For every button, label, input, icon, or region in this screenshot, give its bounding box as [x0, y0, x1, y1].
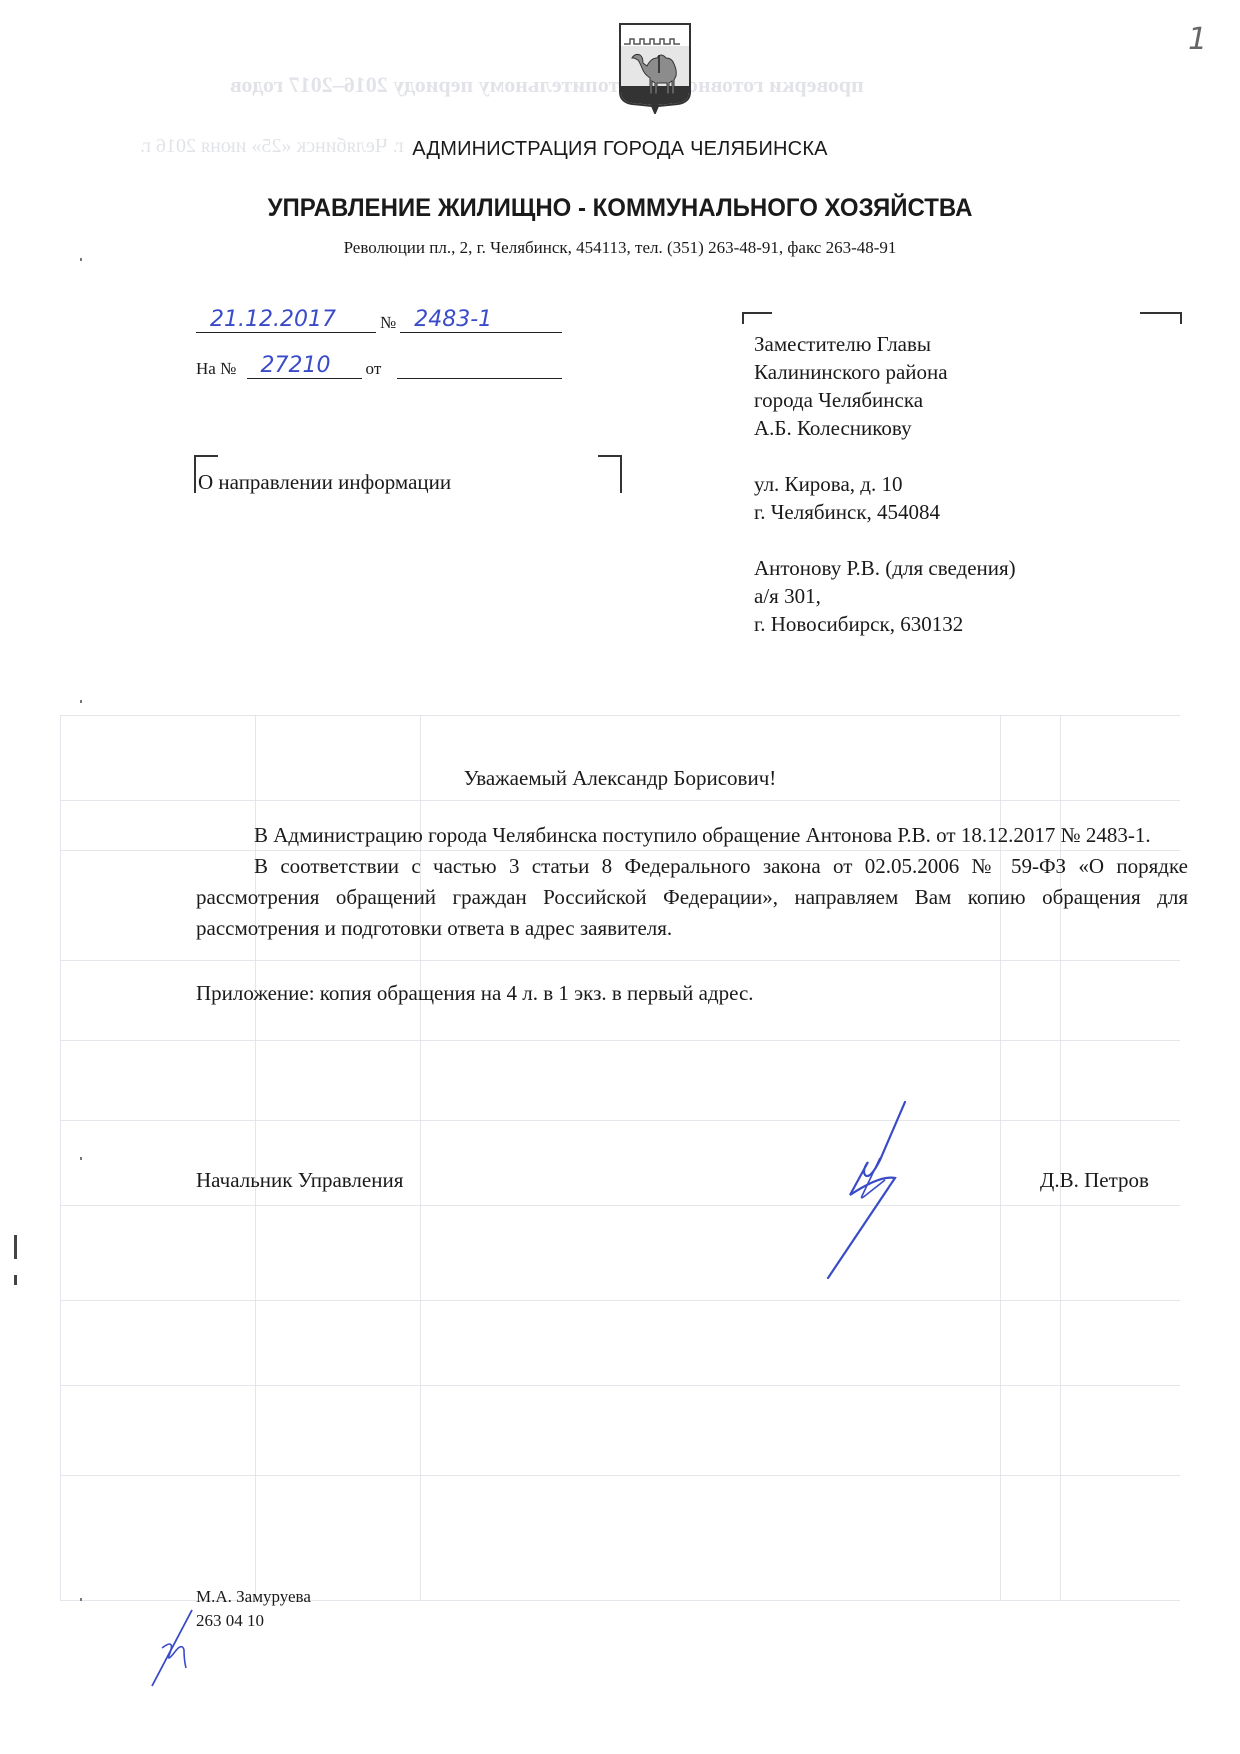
coat-of-arms-icon — [618, 22, 692, 114]
signer-name: Д.В. Петров — [1040, 1168, 1149, 1193]
addressee-bracket-right — [1140, 312, 1182, 324]
outgoing-number-field: 2483-1 — [400, 308, 562, 333]
attachment-note: Приложение: копия обращения на 4 л. в 1 … — [196, 978, 1188, 1009]
subject-bracket-right — [598, 455, 622, 493]
executor-name: М.А. Замуруева — [196, 1585, 311, 1609]
addressee-bracket-left — [742, 312, 772, 324]
department-address: Революции пл., 2, г. Челябинск, 454113, … — [0, 238, 1240, 258]
outgoing-registration-row: 21.12.2017 № 2483-1 — [196, 308, 562, 338]
body-paragraph-2: В соответствии с частью 3 статьи 8 Федер… — [196, 851, 1188, 944]
administration-title: АДМИНИСТРАЦИЯ ГОРОДА ЧЕЛЯБИНСКА — [0, 138, 1240, 161]
reply-to-label: На № — [196, 359, 236, 378]
number-label: № — [380, 313, 396, 332]
handwritten-initials-icon — [140, 1608, 220, 1688]
letter-body: В Администрацию города Челябинска поступ… — [196, 820, 1188, 1009]
secondary-addressee-line: а/я 301, — [754, 582, 1016, 610]
outgoing-number-handwritten: 2483-1 — [414, 307, 492, 332]
addressee-line: города Челябинска — [754, 386, 1016, 414]
scan-speck — [80, 700, 82, 703]
reply-registration-row: На № 27210 от — [196, 354, 562, 384]
scan-speck — [80, 1598, 82, 1601]
outgoing-date-field: 21.12.2017 — [196, 308, 376, 333]
secondary-addressee-line: г. Новосибирск, 630132 — [754, 610, 1016, 638]
addressee-line: Калининского района — [754, 358, 1016, 386]
handwritten-page-number: 1 — [1188, 22, 1207, 57]
addressee-line: А.Б. Колесникову — [754, 414, 1016, 442]
addressee-line: Заместителю Главы — [754, 330, 1016, 358]
reply-to-number-field: 27210 — [247, 354, 362, 379]
salutation: Уважаемый Александр Борисович! — [0, 766, 1240, 791]
body-paragraph-1: В Администрацию города Челябинска поступ… — [196, 820, 1188, 851]
addressee-block: Заместителю Главы Калининского района го… — [754, 330, 1016, 638]
secondary-addressee-line: Антонову Р.В. (для сведения) — [754, 554, 1016, 582]
letter-subject: О направлении информации — [198, 470, 451, 495]
scan-speck — [80, 1157, 82, 1160]
department-title: УПРАВЛЕНИЕ ЖИЛИЩНО - КОММУНАЛЬНОГО ХОЗЯЙ… — [25, 194, 1215, 223]
reply-to-number-handwritten: 27210 — [261, 353, 331, 378]
scan-speck — [80, 258, 82, 261]
addressee-address-line: г. Челябинск, 454084 — [754, 498, 1016, 526]
outgoing-date-handwritten: 21.12.2017 — [210, 307, 336, 332]
addressee-address-line: ул. Кирова, д. 10 — [754, 470, 1016, 498]
scan-speck — [14, 1235, 17, 1259]
from-date-field — [397, 354, 562, 379]
from-label: от — [366, 359, 382, 378]
handwritten-signature-icon — [810, 1100, 950, 1280]
scan-speck — [14, 1275, 17, 1285]
signer-title: Начальник Управления — [196, 1168, 403, 1193]
